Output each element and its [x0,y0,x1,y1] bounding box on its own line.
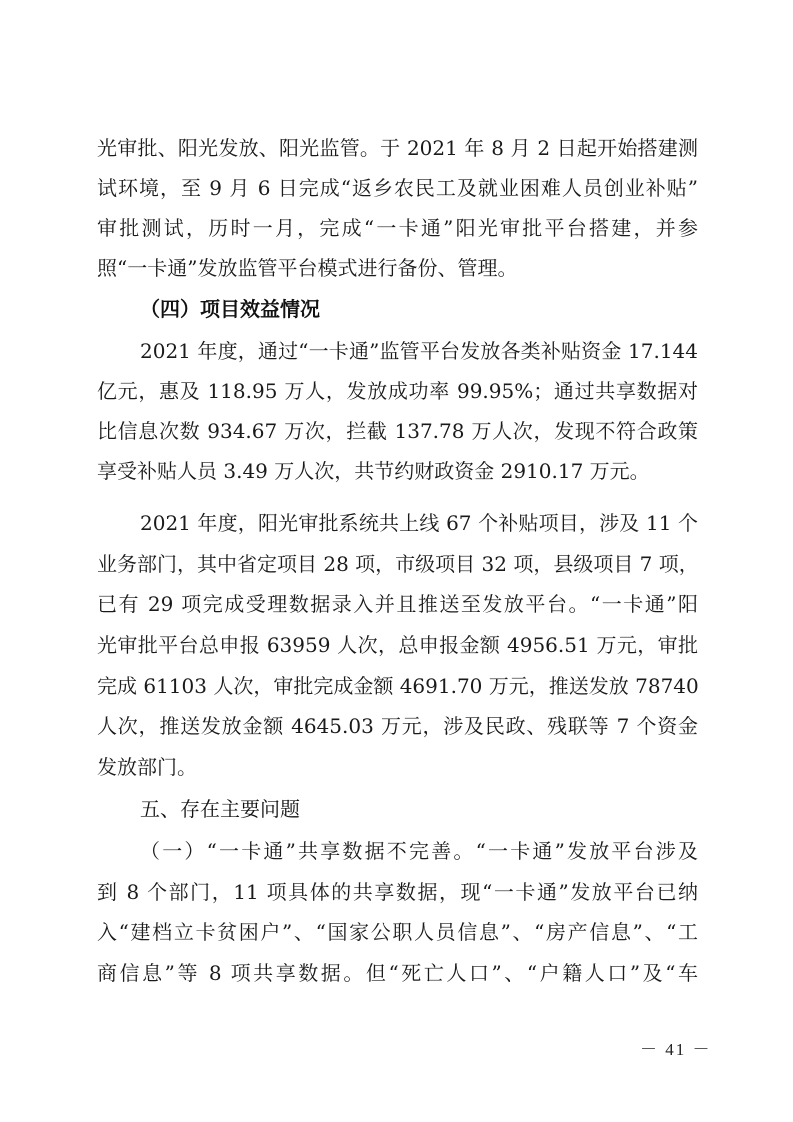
paragraph-line: 2021 年度，通过“一卡通”监管平台发放各类补贴资金 17.144 [140,336,698,366]
paragraph-line: 人次，推送发放金额 4645.03 万元，涉及民政、残联等 7 个资金 [97,711,698,741]
paragraph-line: 业务部门，其中省定项目 28 项，市级项目 32 项，县级项目 7 项， [97,549,698,579]
paragraph-line: 完成 61103 人次，审批完成金额 4691.70 万元，推送发放 78740 [97,671,698,701]
paragraph-line: 光审批平台总申报 63959 人次，总申报金额 4956.51 万元，审批 [97,630,698,660]
paragraph-line: 2021 年度，阳光审批系统共上线 67 个补贴项目，涉及 11 个 [140,508,698,538]
paragraph-line: 亿元，惠及 118.95 万人，发放成功率 99.95%；通过共享数据对 [97,376,698,406]
paragraph-line: 享受补贴人员 3.49 万人次，共节约财政资金 2910.17 万元。 [97,456,698,486]
paragraph-line: 发放部门。 [97,752,698,782]
paragraph-line: 比信息次数 934.67 万次，拦截 137.78 万人次，发现不符合政策 [97,416,698,446]
paragraph-line: （一）“一卡通”共享数据不完善。“一卡通”发放平台涉及 [140,836,698,866]
paragraph-line: 已有 29 项完成受理数据录入并且推送至发放平台。“一卡通”阳 [97,589,698,619]
paragraph-line: 照“一卡通”发放监管平台模式进行备份、管理。 [97,253,698,283]
document-page: 光审批、阳光发放、阳光监管。于 2021 年 8 月 2 日起开始搭建测 试环境… [0,0,793,1122]
paragraph-line: 入“建档立卡贫困户”、“国家公职人员信息”、“房产信息”、“工 [97,917,698,947]
paragraph-line: 到 8 个部门，11 项具体的共享数据，现“一卡通”发放平台已纳 [97,877,698,907]
section-heading-project-benefits: （四）项目效益情况 [140,294,320,324]
paragraph-line: 商信息”等 8 项共享数据。但“死亡人口”、“户籍人口”及“车 [97,958,698,988]
page-number: － 41 － [640,1035,712,1060]
section-heading-main-problems: 五、存在主要问题 [140,794,300,824]
paragraph-line: 试环境，至 9 月 6 日完成“返乡农民工及就业困难人员创业补贴” [97,173,698,203]
paragraph-line: 光审批、阳光发放、阳光监管。于 2021 年 8 月 2 日起开始搭建测 [97,133,698,163]
paragraph-line: 审批测试，历时一月，完成“一卡通”阳光审批平台搭建，并参 [97,213,698,243]
